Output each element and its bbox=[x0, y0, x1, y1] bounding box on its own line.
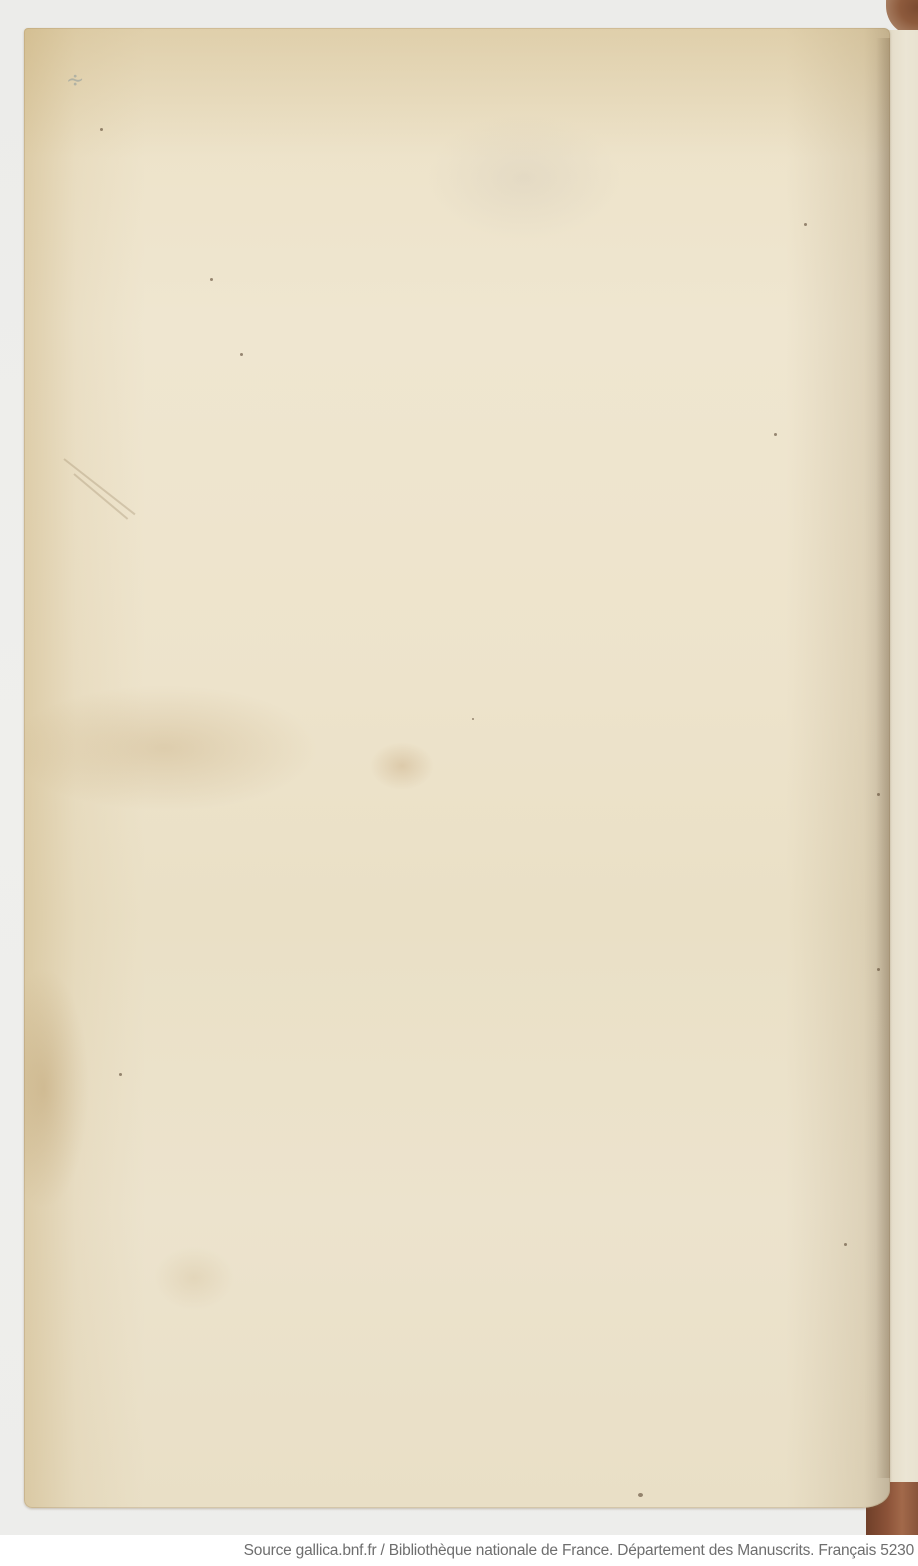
source-caption: Source gallica.bnf.fr / Bibliothèque nat… bbox=[244, 1542, 914, 1560]
speck bbox=[804, 223, 807, 226]
pencil-foliation-mark: ∻ bbox=[66, 70, 100, 118]
speck bbox=[240, 353, 243, 356]
speck bbox=[119, 1073, 122, 1076]
speck bbox=[100, 128, 103, 131]
speck bbox=[877, 793, 880, 796]
parchment-leaf: ∻ bbox=[24, 28, 890, 1508]
speck bbox=[472, 718, 474, 720]
source-caption-bar: Source gallica.bnf.fr / Bibliothèque nat… bbox=[0, 1535, 918, 1566]
speck bbox=[877, 968, 880, 971]
speck bbox=[774, 433, 777, 436]
speck bbox=[210, 278, 213, 281]
speck bbox=[844, 1243, 847, 1246]
speck bbox=[638, 1493, 643, 1497]
crease-mark bbox=[73, 473, 128, 520]
crease-mark bbox=[63, 458, 135, 515]
manuscript-scan: ∻ bbox=[0, 0, 918, 1535]
